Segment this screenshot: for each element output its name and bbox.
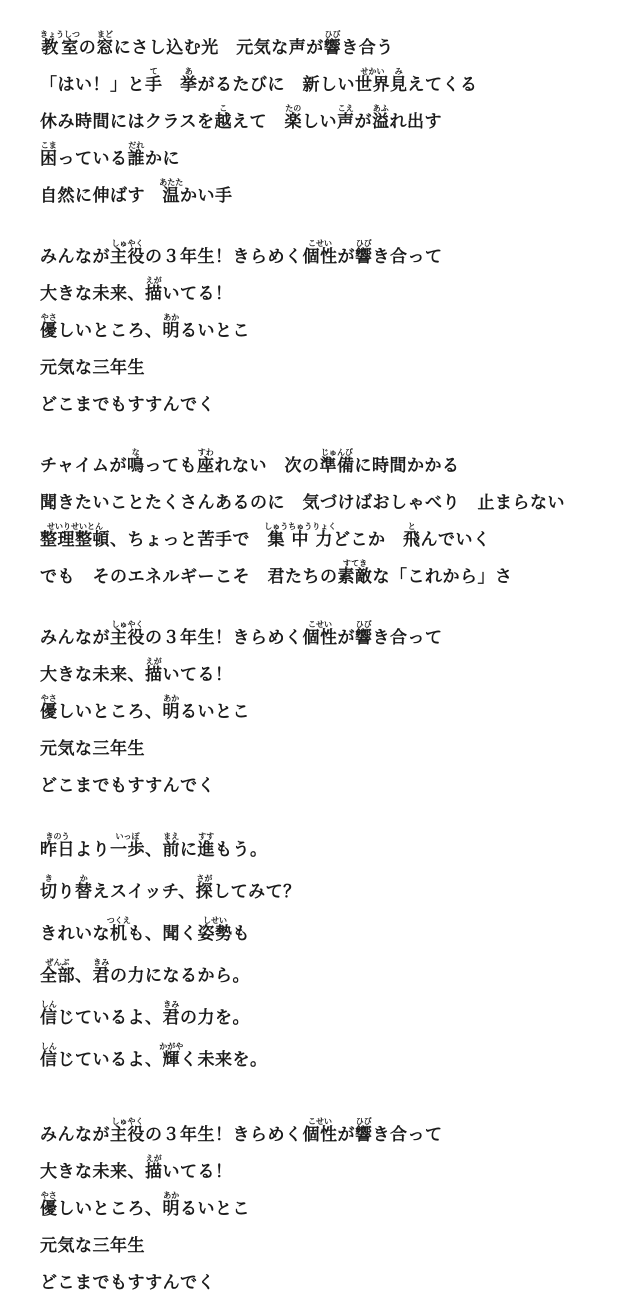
lyric-text: んでいく bbox=[421, 530, 491, 550]
furigana-reading: すす bbox=[198, 832, 216, 841]
lyric-text: 元気な三年生 bbox=[40, 358, 145, 378]
lyric-text: れ出す bbox=[390, 112, 443, 132]
lyric-line: 大きな未来、描えがいてる！ bbox=[40, 657, 620, 694]
lyric-line: どこまでもすすんでく bbox=[40, 768, 620, 805]
furigana-annotated-word: 描えが bbox=[145, 284, 163, 304]
lyric-text: るいとこ bbox=[180, 1199, 250, 1219]
lyric-text: じているよ、 bbox=[58, 1050, 163, 1070]
furigana-annotated-word: 君きみ bbox=[93, 966, 111, 986]
lyric-line: でも そのエネルギーこそ 君たちの素敵すてきな「これから」さ bbox=[40, 559, 620, 596]
lyric-line: 昨日きのうより一歩いっぽ、前まえに進すすもう。 bbox=[40, 829, 620, 871]
lyric-text: が bbox=[355, 112, 373, 132]
furigana-annotated-word: 姿勢しせい bbox=[198, 924, 233, 944]
lyric-text: えて bbox=[232, 112, 285, 132]
lyric-text: の３年生！きらめく bbox=[145, 628, 303, 648]
lyric-line: 信しんじているよ、輝かがやく未来を。 bbox=[40, 1039, 620, 1081]
furigana-reading: きのう bbox=[40, 832, 75, 841]
furigana-annotated-word: 鳴な bbox=[127, 456, 145, 476]
stanza-verse-1: 教室きょうしつの窓まどにさし込む光 元気な声が響ひびき合う「はい！」と手て 挙あ… bbox=[40, 30, 620, 215]
lyric-text: も、聞く bbox=[128, 924, 198, 944]
furigana-reading: ひび bbox=[355, 1117, 373, 1126]
furigana-reading: あか bbox=[163, 694, 181, 703]
lyric-text: きれいな bbox=[40, 924, 110, 944]
furigana-reading: しん bbox=[40, 1042, 58, 1051]
furigana-annotated-word: 個性こせい bbox=[303, 628, 338, 648]
lyric-line: みんなが主役しゅやくの３年生！きらめく個性こせいが響ひびき合って bbox=[40, 620, 620, 657]
furigana-annotated-word: 挙あ bbox=[180, 75, 198, 95]
lyric-line: みんなが主役しゅやくの３年生！きらめく個性こせいが響ひびき合って bbox=[40, 1117, 620, 1154]
furigana-annotated-word: 準備じゅんび bbox=[320, 456, 355, 476]
lyric-text: 元気な三年生 bbox=[40, 1236, 145, 1256]
furigana-annotated-word: 替か bbox=[75, 882, 93, 902]
stanza-chorus-3: みんなが主役しゅやくの３年生！きらめく個性こせいが響ひびき合って大きな未来、描え… bbox=[40, 1117, 620, 1296]
furigana-annotated-word: 響ひび bbox=[355, 247, 373, 267]
lyric-text: かに bbox=[145, 149, 180, 169]
furigana-annotated-word: 探さが bbox=[196, 882, 214, 902]
lyric-text: き合って bbox=[373, 247, 443, 267]
lyric-line: 元気な三年生 bbox=[40, 731, 620, 768]
furigana-annotated-word: 誰だれ bbox=[128, 149, 146, 169]
lyric-text: 、 bbox=[75, 966, 93, 986]
furigana-reading: こせい bbox=[303, 1117, 338, 1126]
lyric-text: な「これから」さ bbox=[373, 567, 513, 587]
furigana-annotated-word: 昨日きのう bbox=[40, 840, 75, 860]
lyric-line: 大きな未来、描えがいてる！ bbox=[40, 1154, 620, 1191]
furigana-annotated-word: 整理整頓せいりせいとん bbox=[40, 530, 110, 550]
furigana-annotated-word: 主役しゅやく bbox=[110, 628, 145, 648]
lyrics-sheet: 教室きょうしつの窓まどにさし込む光 元気な声が響ひびき合う「はい！」と手て 挙あ… bbox=[40, 30, 620, 1296]
furigana-reading: きょうしつ bbox=[40, 30, 80, 39]
lyric-line: 教室きょうしつの窓まどにさし込む光 元気な声が響ひびき合う bbox=[40, 30, 620, 67]
lyric-text: き合って bbox=[373, 628, 443, 648]
furigana-annotated-word: 困こま bbox=[40, 149, 58, 169]
furigana-annotated-word: 見み bbox=[390, 75, 408, 95]
furigana-annotated-word: 前まえ bbox=[163, 840, 181, 860]
lyric-line: 優やさしいところ、明あかるいとこ bbox=[40, 313, 620, 350]
furigana-reading: じゅんび bbox=[320, 448, 355, 457]
furigana-reading: せいりせいとん bbox=[40, 522, 110, 531]
lyric-text: き合う bbox=[341, 38, 394, 58]
furigana-annotated-word: 声こえ bbox=[337, 112, 355, 132]
lyric-text bbox=[163, 75, 181, 95]
lyric-text: チャイムが bbox=[40, 456, 127, 476]
furigana-annotated-word: 君きみ bbox=[163, 1008, 181, 1028]
furigana-reading: かがや bbox=[159, 1042, 183, 1051]
lyric-text: が bbox=[338, 628, 356, 648]
lyric-line: 困こまっている誰だれかに bbox=[40, 141, 620, 178]
lyric-line: どこまでもすすんでく bbox=[40, 387, 620, 424]
furigana-annotated-word: 響ひび bbox=[324, 38, 342, 58]
lyric-text: いてる！ bbox=[163, 284, 233, 304]
lyric-text: 大きな未来、 bbox=[40, 1162, 145, 1182]
lyric-text: いてる！ bbox=[163, 1162, 233, 1182]
furigana-reading: あか bbox=[163, 1191, 181, 1200]
furigana-annotated-word: 飛と bbox=[403, 530, 421, 550]
lyric-text: っても bbox=[145, 456, 198, 476]
lyric-text: えスイッチ、 bbox=[93, 882, 196, 902]
furigana-reading: すてき bbox=[338, 559, 373, 568]
furigana-annotated-word: 楽たの bbox=[285, 112, 303, 132]
furigana-reading: まど bbox=[96, 30, 114, 39]
furigana-reading: あか bbox=[163, 313, 181, 322]
lyric-line: 「はい！」と手て 挙あがるたびに 新しい世界せかい見みえてくる bbox=[40, 67, 620, 104]
furigana-reading: ひび bbox=[355, 620, 373, 629]
furigana-reading: こせい bbox=[303, 239, 338, 248]
lyric-line: 自然に伸ばす 温あたたかい手 bbox=[40, 178, 620, 215]
furigana-annotated-word: 信しん bbox=[40, 1008, 58, 1028]
lyric-text: えてくる bbox=[408, 75, 478, 95]
lyric-text: しいところ、 bbox=[58, 702, 163, 722]
lyric-text: の力になるから。 bbox=[110, 966, 250, 986]
furigana-reading: あふ bbox=[372, 104, 390, 113]
lyric-text: 元気な三年生 bbox=[40, 739, 145, 759]
furigana-annotated-word: 温あたた bbox=[163, 186, 181, 206]
stanza-chorus-2: みんなが主役しゅやくの３年生！きらめく個性こせいが響ひびき合って大きな未来、描え… bbox=[40, 620, 620, 805]
furigana-annotated-word: 素敵すてき bbox=[338, 567, 373, 587]
lyric-text: の３年生！きらめく bbox=[145, 247, 303, 267]
furigana-reading: しゅやく bbox=[110, 620, 145, 629]
lyric-text: いてる！ bbox=[163, 665, 233, 685]
furigana-annotated-word: 主役しゅやく bbox=[110, 1125, 145, 1145]
lyric-text: るいとこ bbox=[180, 702, 250, 722]
lyric-text: 大きな未来、 bbox=[40, 284, 145, 304]
furigana-annotated-word: 手て bbox=[145, 75, 163, 95]
lyric-text: も bbox=[233, 924, 251, 944]
furigana-annotated-word: 教室きょうしつ bbox=[40, 38, 79, 58]
lyric-text: 大きな未来、 bbox=[40, 665, 145, 685]
lyric-text: より bbox=[75, 840, 110, 860]
furigana-reading: しゅやく bbox=[110, 1117, 145, 1126]
furigana-annotated-word: 一歩いっぽ bbox=[110, 840, 145, 860]
furigana-reading: こま bbox=[40, 141, 58, 150]
furigana-annotated-word: 個性こせい bbox=[303, 247, 338, 267]
furigana-reading: きみ bbox=[93, 958, 111, 967]
furigana-annotated-word: 優やさ bbox=[40, 1199, 58, 1219]
lyric-text: かい手 bbox=[180, 186, 233, 206]
lyric-line: 切きり替かえスイッチ、探さがしてみて？ bbox=[40, 871, 620, 913]
lyric-text: しいところ、 bbox=[58, 1199, 163, 1219]
lyric-text: の bbox=[79, 38, 97, 58]
furigana-annotated-word: 優やさ bbox=[40, 702, 58, 722]
lyric-text: がるたびに 新しい bbox=[198, 75, 356, 95]
lyric-line: どこまでもすすんでく bbox=[40, 1265, 620, 1296]
lyric-text: してみて？ bbox=[213, 882, 301, 902]
furigana-reading: しせい bbox=[198, 916, 233, 925]
furigana-reading: だれ bbox=[128, 141, 146, 150]
furigana-reading: こせい bbox=[303, 620, 338, 629]
furigana-annotated-word: 個性こせい bbox=[303, 1125, 338, 1145]
lyric-text: 、 bbox=[145, 840, 163, 860]
furigana-reading: えが bbox=[145, 276, 163, 285]
lyric-line: チャイムが鳴なっても座すわれない 次の準備じゅんびに時間かかる bbox=[40, 448, 620, 485]
furigana-reading: あ bbox=[180, 67, 198, 76]
lyric-text: でも そのエネルギーこそ 君たちの bbox=[40, 567, 338, 587]
lyric-text: れない 次の bbox=[215, 456, 320, 476]
furigana-reading: な bbox=[127, 448, 145, 457]
furigana-reading: たの bbox=[285, 104, 303, 113]
furigana-annotated-word: 窓まど bbox=[96, 38, 114, 58]
furigana-annotated-word: 溢あふ bbox=[372, 112, 390, 132]
furigana-reading: やさ bbox=[40, 313, 58, 322]
furigana-reading: み bbox=[390, 67, 408, 76]
furigana-reading: すわ bbox=[197, 448, 215, 457]
lyric-line: みんなが主役しゅやくの３年生！きらめく個性こせいが響ひびき合って bbox=[40, 239, 620, 276]
furigana-reading: さが bbox=[196, 874, 214, 883]
lyric-text: っている bbox=[58, 149, 128, 169]
furigana-reading: しゅやく bbox=[110, 239, 145, 248]
lyric-text: るいとこ bbox=[180, 321, 250, 341]
lyric-text: どこか bbox=[333, 530, 403, 550]
furigana-reading: き bbox=[40, 874, 58, 883]
lyric-line: 大きな未来、描えがいてる！ bbox=[40, 276, 620, 313]
furigana-reading: やさ bbox=[40, 694, 58, 703]
lyric-text: もう。 bbox=[215, 840, 268, 860]
furigana-reading: あたた bbox=[159, 178, 183, 187]
lyric-text: しいところ、 bbox=[58, 321, 163, 341]
lyric-text: 聞きたいことたくさんあるのに 気づけばおしゃべり 止まらない bbox=[40, 493, 565, 513]
lyric-line: 元気な三年生 bbox=[40, 350, 620, 387]
furigana-annotated-word: 描えが bbox=[145, 1162, 163, 1182]
lyric-line: 優やさしいところ、明あかるいとこ bbox=[40, 694, 620, 731]
furigana-reading: いっぽ bbox=[110, 832, 145, 841]
furigana-annotated-word: 集中力しゅうちゅうりょく bbox=[268, 530, 334, 550]
furigana-reading: まえ bbox=[163, 832, 181, 841]
stanza-bridge: 昨日きのうより一歩いっぽ、前まえに進すすもう。切きり替かえスイッチ、探さがしてみ… bbox=[40, 829, 620, 1081]
furigana-annotated-word: 優やさ bbox=[40, 321, 58, 341]
lyric-text: みんなが bbox=[40, 1125, 110, 1145]
furigana-annotated-word: 切き bbox=[40, 882, 58, 902]
furigana-reading: つくえ bbox=[107, 916, 131, 925]
lyric-text: く未来を。 bbox=[180, 1050, 268, 1070]
furigana-reading: せかい bbox=[355, 67, 390, 76]
furigana-annotated-word: 明あか bbox=[163, 702, 181, 722]
lyric-text: 休み時間にはクラスを bbox=[40, 112, 215, 132]
furigana-annotated-word: 全部ぜんぶ bbox=[40, 966, 75, 986]
furigana-reading: て bbox=[145, 67, 163, 76]
lyric-line: 信しんじているよ、君きみの力を。 bbox=[40, 997, 620, 1039]
stanza-chorus-1: みんなが主役しゅやくの３年生！きらめく個性こせいが響ひびき合って大きな未来、描え… bbox=[40, 239, 620, 424]
lyric-text: り bbox=[58, 882, 76, 902]
furigana-annotated-word: 主役しゅやく bbox=[110, 247, 145, 267]
lyric-line: 休み時間にはクラスを越こえて 楽たのしい声こえが溢あふれ出す bbox=[40, 104, 620, 141]
furigana-reading: えが bbox=[145, 657, 163, 666]
furigana-reading: ぜんぶ bbox=[40, 958, 75, 967]
furigana-annotated-word: 世界せかい bbox=[355, 75, 390, 95]
lyrics-page: 教室きょうしつの窓まどにさし込む光 元気な声が響ひびき合う「はい！」と手て 挙あ… bbox=[0, 0, 640, 1296]
furigana-reading: やさ bbox=[40, 1191, 58, 1200]
furigana-reading: こ bbox=[215, 104, 233, 113]
lyric-line: 整理整頓せいりせいとん、ちょっと苦手で 集中力しゅうちゅうりょくどこか 飛とんで… bbox=[40, 522, 620, 559]
furigana-annotated-word: 信しん bbox=[40, 1050, 58, 1070]
lyric-line: 聞きたいことたくさんあるのに 気づけばおしゃべり 止まらない bbox=[40, 485, 620, 522]
lyric-text: じているよ、 bbox=[58, 1008, 163, 1028]
lyric-text: しい bbox=[302, 112, 337, 132]
lyric-text: に時間かかる bbox=[355, 456, 460, 476]
furigana-annotated-word: 明あか bbox=[163, 321, 181, 341]
lyric-line: きれいな机つくえも、聞く姿勢しせいも bbox=[40, 913, 620, 955]
lyric-text: き合って bbox=[373, 1125, 443, 1145]
furigana-reading: えが bbox=[145, 1154, 163, 1163]
lyric-text: みんなが bbox=[40, 247, 110, 267]
lyric-text: が bbox=[338, 1125, 356, 1145]
stanza-verse-2: チャイムが鳴なっても座すわれない 次の準備じゅんびに時間かかる聞きたいことたくさ… bbox=[40, 448, 620, 596]
lyric-text: どこまでもすすんでく bbox=[40, 1273, 215, 1293]
lyric-text: 「はい！」と bbox=[40, 75, 145, 95]
furigana-annotated-word: 進すす bbox=[198, 840, 216, 860]
lyric-text: が bbox=[338, 247, 356, 267]
furigana-annotated-word: 座すわ bbox=[197, 456, 215, 476]
furigana-annotated-word: 響ひび bbox=[355, 628, 373, 648]
furigana-reading: ひび bbox=[324, 30, 342, 39]
lyric-line: 元気な三年生 bbox=[40, 1228, 620, 1265]
lyric-text: の３年生！きらめく bbox=[145, 1125, 303, 1145]
furigana-reading: ひび bbox=[355, 239, 373, 248]
lyric-text: どこまでもすすんでく bbox=[40, 776, 215, 796]
furigana-reading: と bbox=[403, 522, 421, 531]
lyric-text: みんなが bbox=[40, 628, 110, 648]
furigana-reading: こえ bbox=[337, 104, 355, 113]
lyric-text: に bbox=[180, 840, 198, 860]
furigana-annotated-word: 響ひび bbox=[355, 1125, 373, 1145]
furigana-annotated-word: 描えが bbox=[145, 665, 163, 685]
lyric-line: 全部ぜんぶ、君きみの力になるから。 bbox=[40, 955, 620, 997]
lyric-text: の力を。 bbox=[180, 1008, 250, 1028]
furigana-annotated-word: 輝かがや bbox=[163, 1050, 181, 1070]
furigana-reading: しゅうちゅうりょく bbox=[264, 522, 336, 531]
furigana-reading: しん bbox=[40, 1000, 58, 1009]
furigana-reading: きみ bbox=[163, 1000, 181, 1009]
lyric-text: にさし込む光 元気な声が bbox=[114, 38, 324, 58]
furigana-annotated-word: 机つくえ bbox=[110, 924, 128, 944]
furigana-reading: か bbox=[75, 874, 93, 883]
furigana-annotated-word: 越こ bbox=[215, 112, 233, 132]
lyric-text: どこまでもすすんでく bbox=[40, 395, 215, 415]
furigana-annotated-word: 明あか bbox=[163, 1199, 181, 1219]
lyric-text: 、ちょっと苦手で bbox=[110, 530, 268, 550]
lyric-text: 自然に伸ばす bbox=[40, 186, 163, 206]
lyric-line: 優やさしいところ、明あかるいとこ bbox=[40, 1191, 620, 1228]
